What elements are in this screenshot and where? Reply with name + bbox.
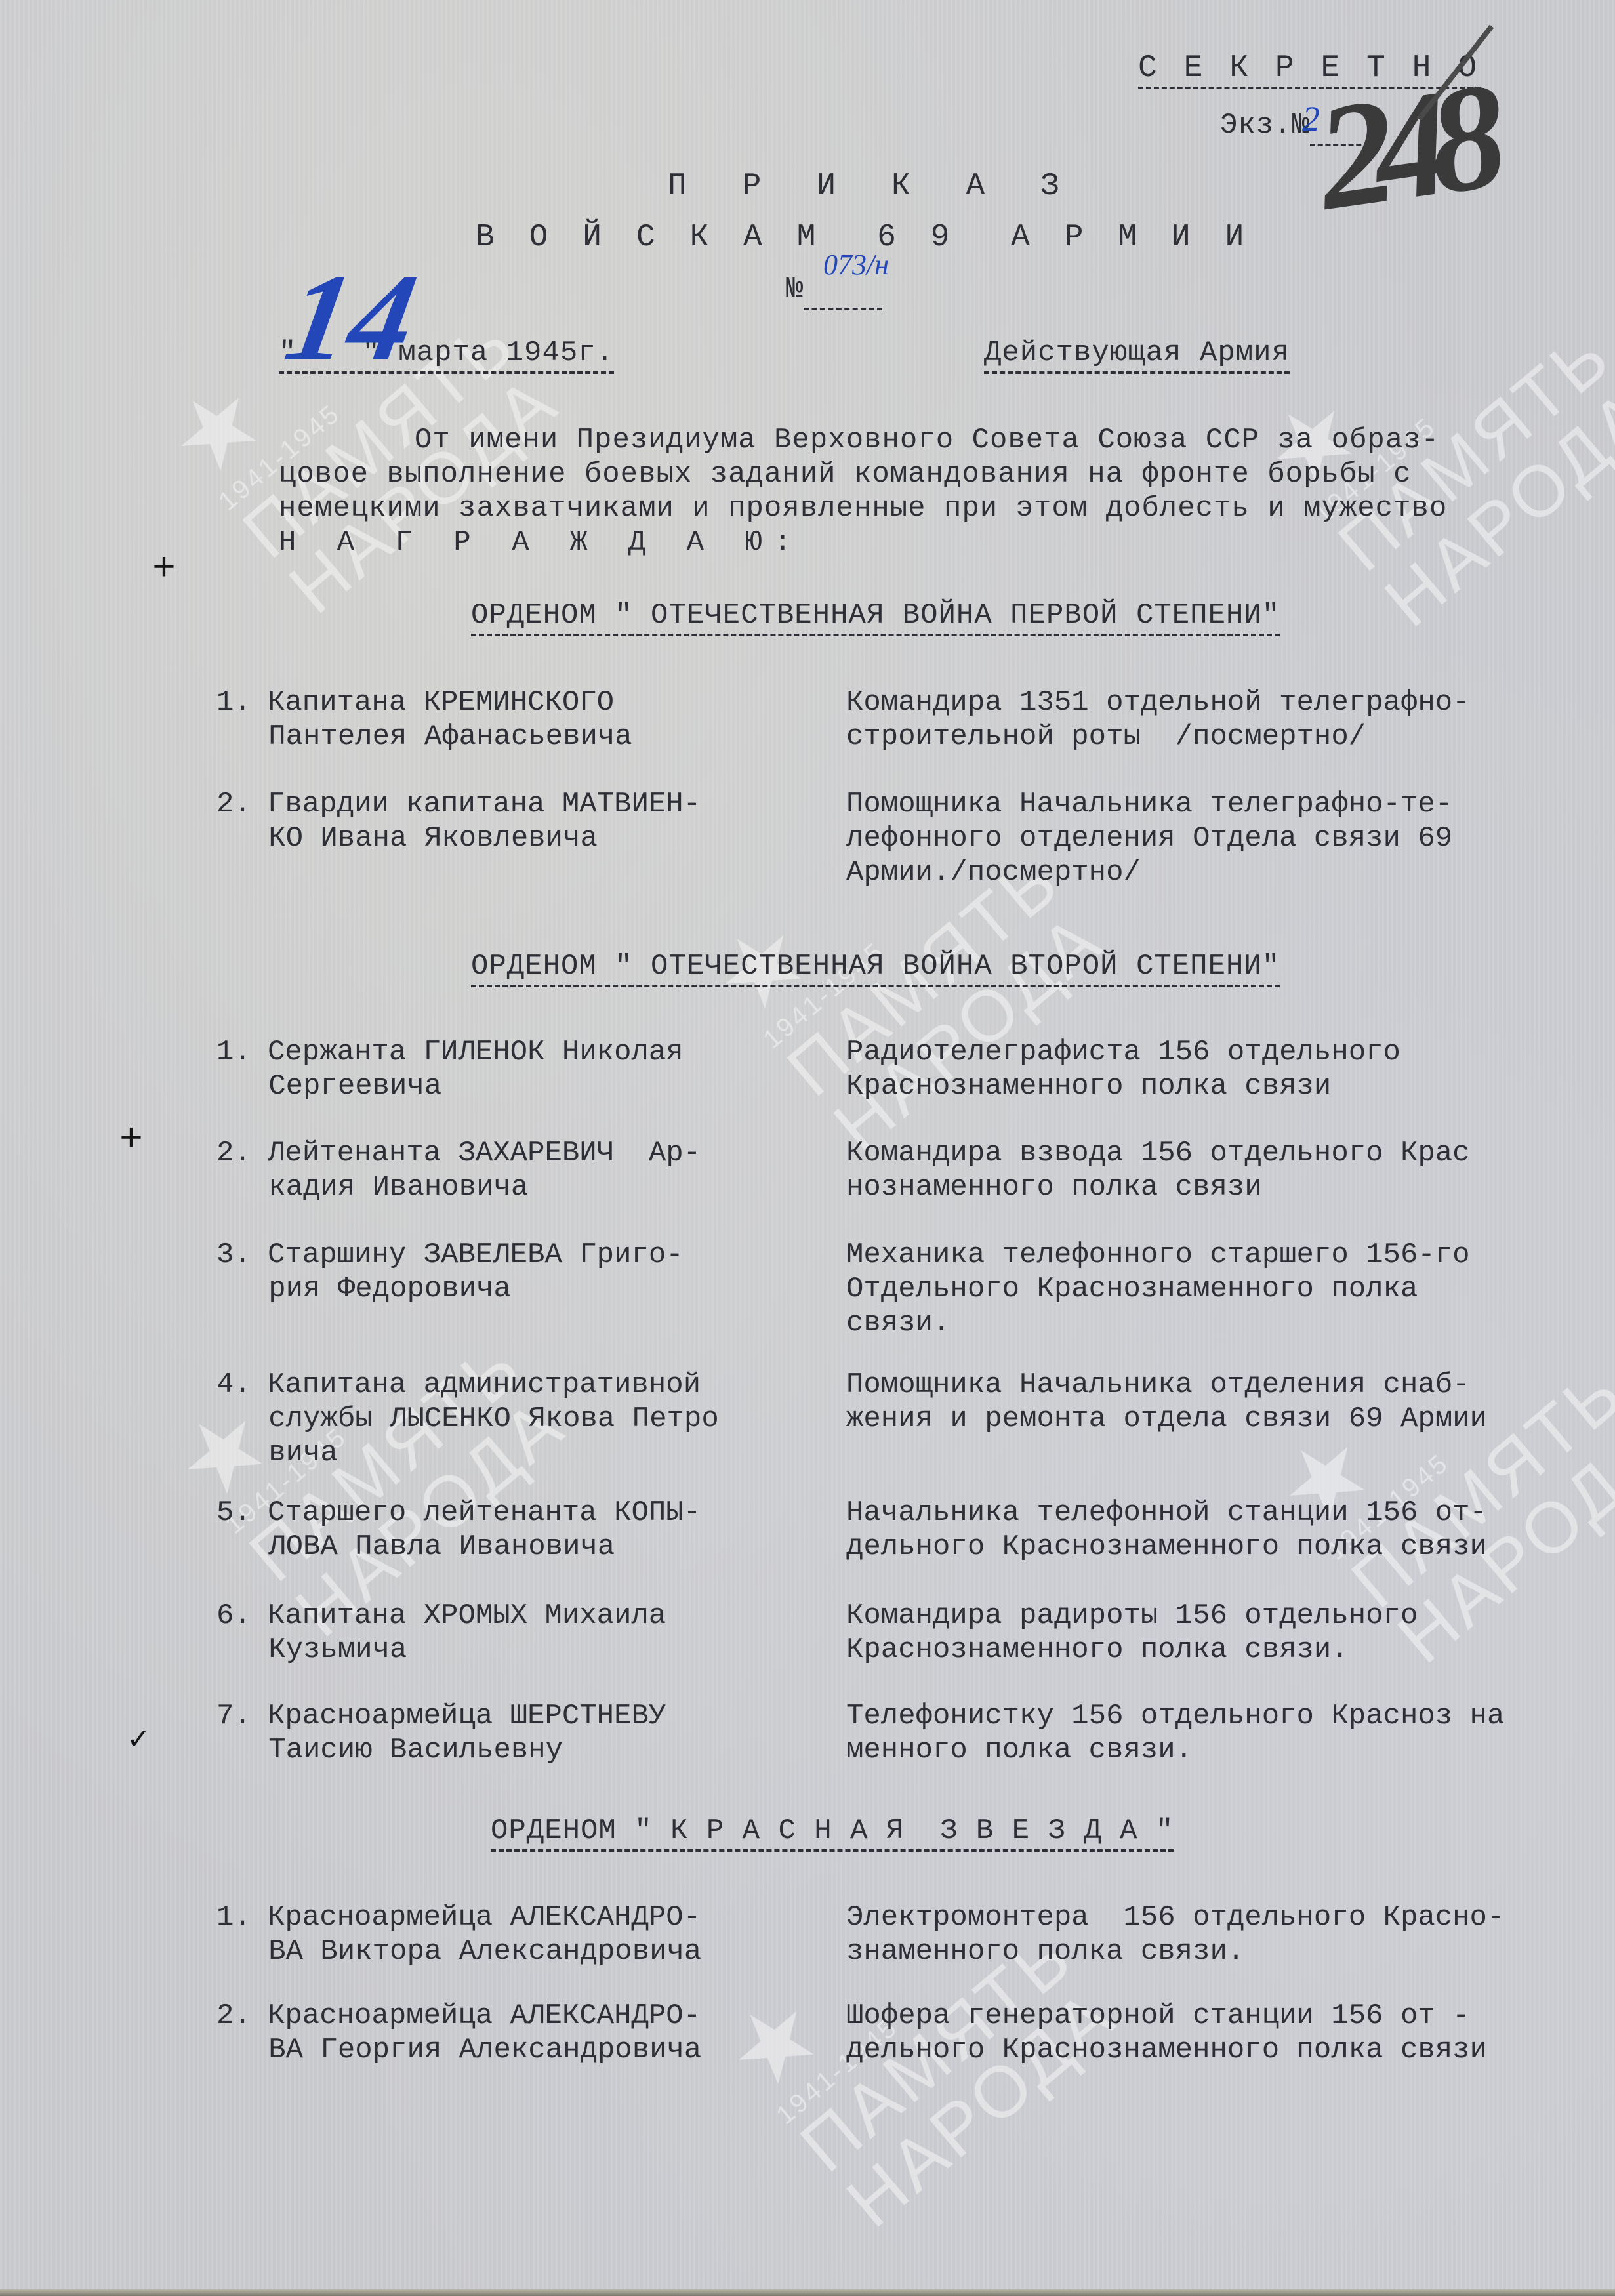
- entry-number: 4.: [216, 1368, 268, 1402]
- recipient-name: 1.Красноармейца АЛЕКСАНДРО- ВА Виктора А…: [216, 1900, 807, 1969]
- recipient-name: 7.Красноармейца ШЕРСТНЕВУ Таисию Василье…: [216, 1699, 807, 1767]
- location-label: Действующая Армия: [984, 336, 1290, 374]
- entry-number: 1.: [216, 1035, 268, 1069]
- recipient-name: 2.Гвардии капитана МАТВИЕН- КО Ивана Яко…: [216, 787, 807, 855]
- document-page: ★ 1941-1945 ПАМЯТЬ НАРОДА ★ 1941-1945 ПА…: [0, 0, 1615, 2296]
- entry-number: 1.: [216, 686, 268, 720]
- award-verb: Н А Г Р А Ж Д А Ю:: [279, 525, 803, 560]
- recipient-name: 6.Капитана ХРОМЫХ Михаила Кузьмича: [216, 1599, 807, 1667]
- entry-number: 2.: [216, 1999, 268, 2033]
- pencil-signature: 248: [1309, 61, 1496, 234]
- recipient-position: Помощника Начальника отделения снаб- жен…: [846, 1368, 1601, 1436]
- recipient-position: Шофера генераторной станции 156 от - дел…: [846, 1999, 1601, 2067]
- recipient-name: 2.Красноармейца АЛЕКСАНДРО- ВА Георгия А…: [216, 1999, 807, 2067]
- award-section-title: ОРДЕНОМ " ОТЕЧЕСТВЕННАЯ ВОЙНА ВТОРОЙ СТЕ…: [471, 949, 1280, 987]
- recipient-position: Механика телефонного старшего 156-го Отд…: [846, 1238, 1601, 1340]
- date-day-handwritten: 14: [277, 256, 424, 380]
- margin-cross-mark: +: [152, 548, 176, 592]
- recipient-name: 2.Лейтенанта ЗАХАРЕВИЧ Ар- кадия Иванови…: [216, 1136, 807, 1204]
- order-number-handwritten: 073/н: [823, 248, 889, 281]
- recipient-name: 5.Старшего лейтенанта КОПЫ- ЛОВА Павла И…: [216, 1496, 807, 1564]
- recipient-position: Начальника телефонной станции 156 от- де…: [846, 1496, 1601, 1564]
- award-section-title: ОРДЕНОМ " К Р А С Н А Я З В Е З Д А ": [491, 1814, 1174, 1852]
- recipient-position: Командира радироты 156 отдельного Красно…: [846, 1599, 1601, 1667]
- recipient-position: Командира взвода 156 отдельного Крас ноз…: [846, 1136, 1601, 1204]
- recipient-name: 1.Сержанта ГИЛЕНОК Николая Сергеевича: [216, 1035, 807, 1103]
- margin-check-mark: ✓: [129, 1719, 148, 1759]
- margin-cross-mark: +: [119, 1118, 143, 1163]
- recipient-position: Телефонистку 156 отдельного Красноз на м…: [846, 1699, 1601, 1767]
- recipient-position: Командира 1351 отдельной телеграфно- стр…: [846, 686, 1601, 754]
- recipient-name: 3.Старшину ЗАВЕЛЕВА Григо- рия Федорович…: [216, 1238, 807, 1306]
- recipient-name: 4.Капитана административной службы ЛЫСЕН…: [216, 1368, 807, 1470]
- document-title: П Р И К А З: [668, 169, 1078, 203]
- entry-number: 3.: [216, 1238, 268, 1272]
- recipient-position: Электромонтера 156 отдельного Красно- зн…: [846, 1900, 1601, 1969]
- entry-number: 2.: [216, 1136, 268, 1170]
- preamble-line: От имени Президиума Верховного Совета Со…: [415, 423, 1439, 457]
- recipient-name: 1.Капитана КРЕМИНСКОГО Пантелея Афанасье…: [216, 686, 807, 754]
- preamble-line: немецкими захватчиками и проявленные при…: [279, 491, 1447, 525]
- recipient-position: Помощника Начальника телеграфно-те- лефо…: [846, 787, 1601, 890]
- entry-number: 2.: [216, 787, 268, 821]
- preamble-line: цовое выполнение боевых заданий командов…: [279, 457, 1411, 491]
- entry-number: 1.: [216, 1900, 268, 1935]
- entry-number: 6.: [216, 1599, 268, 1633]
- entry-number: 5.: [216, 1496, 268, 1530]
- recipient-position: Радиотелеграфиста 156 отдельного Красноз…: [846, 1035, 1601, 1103]
- entry-number: 7.: [216, 1699, 268, 1733]
- award-section-title: ОРДЕНОМ " ОТЕЧЕСТВЕННАЯ ВОЙНА ПЕРВОЙ СТЕ…: [471, 598, 1280, 636]
